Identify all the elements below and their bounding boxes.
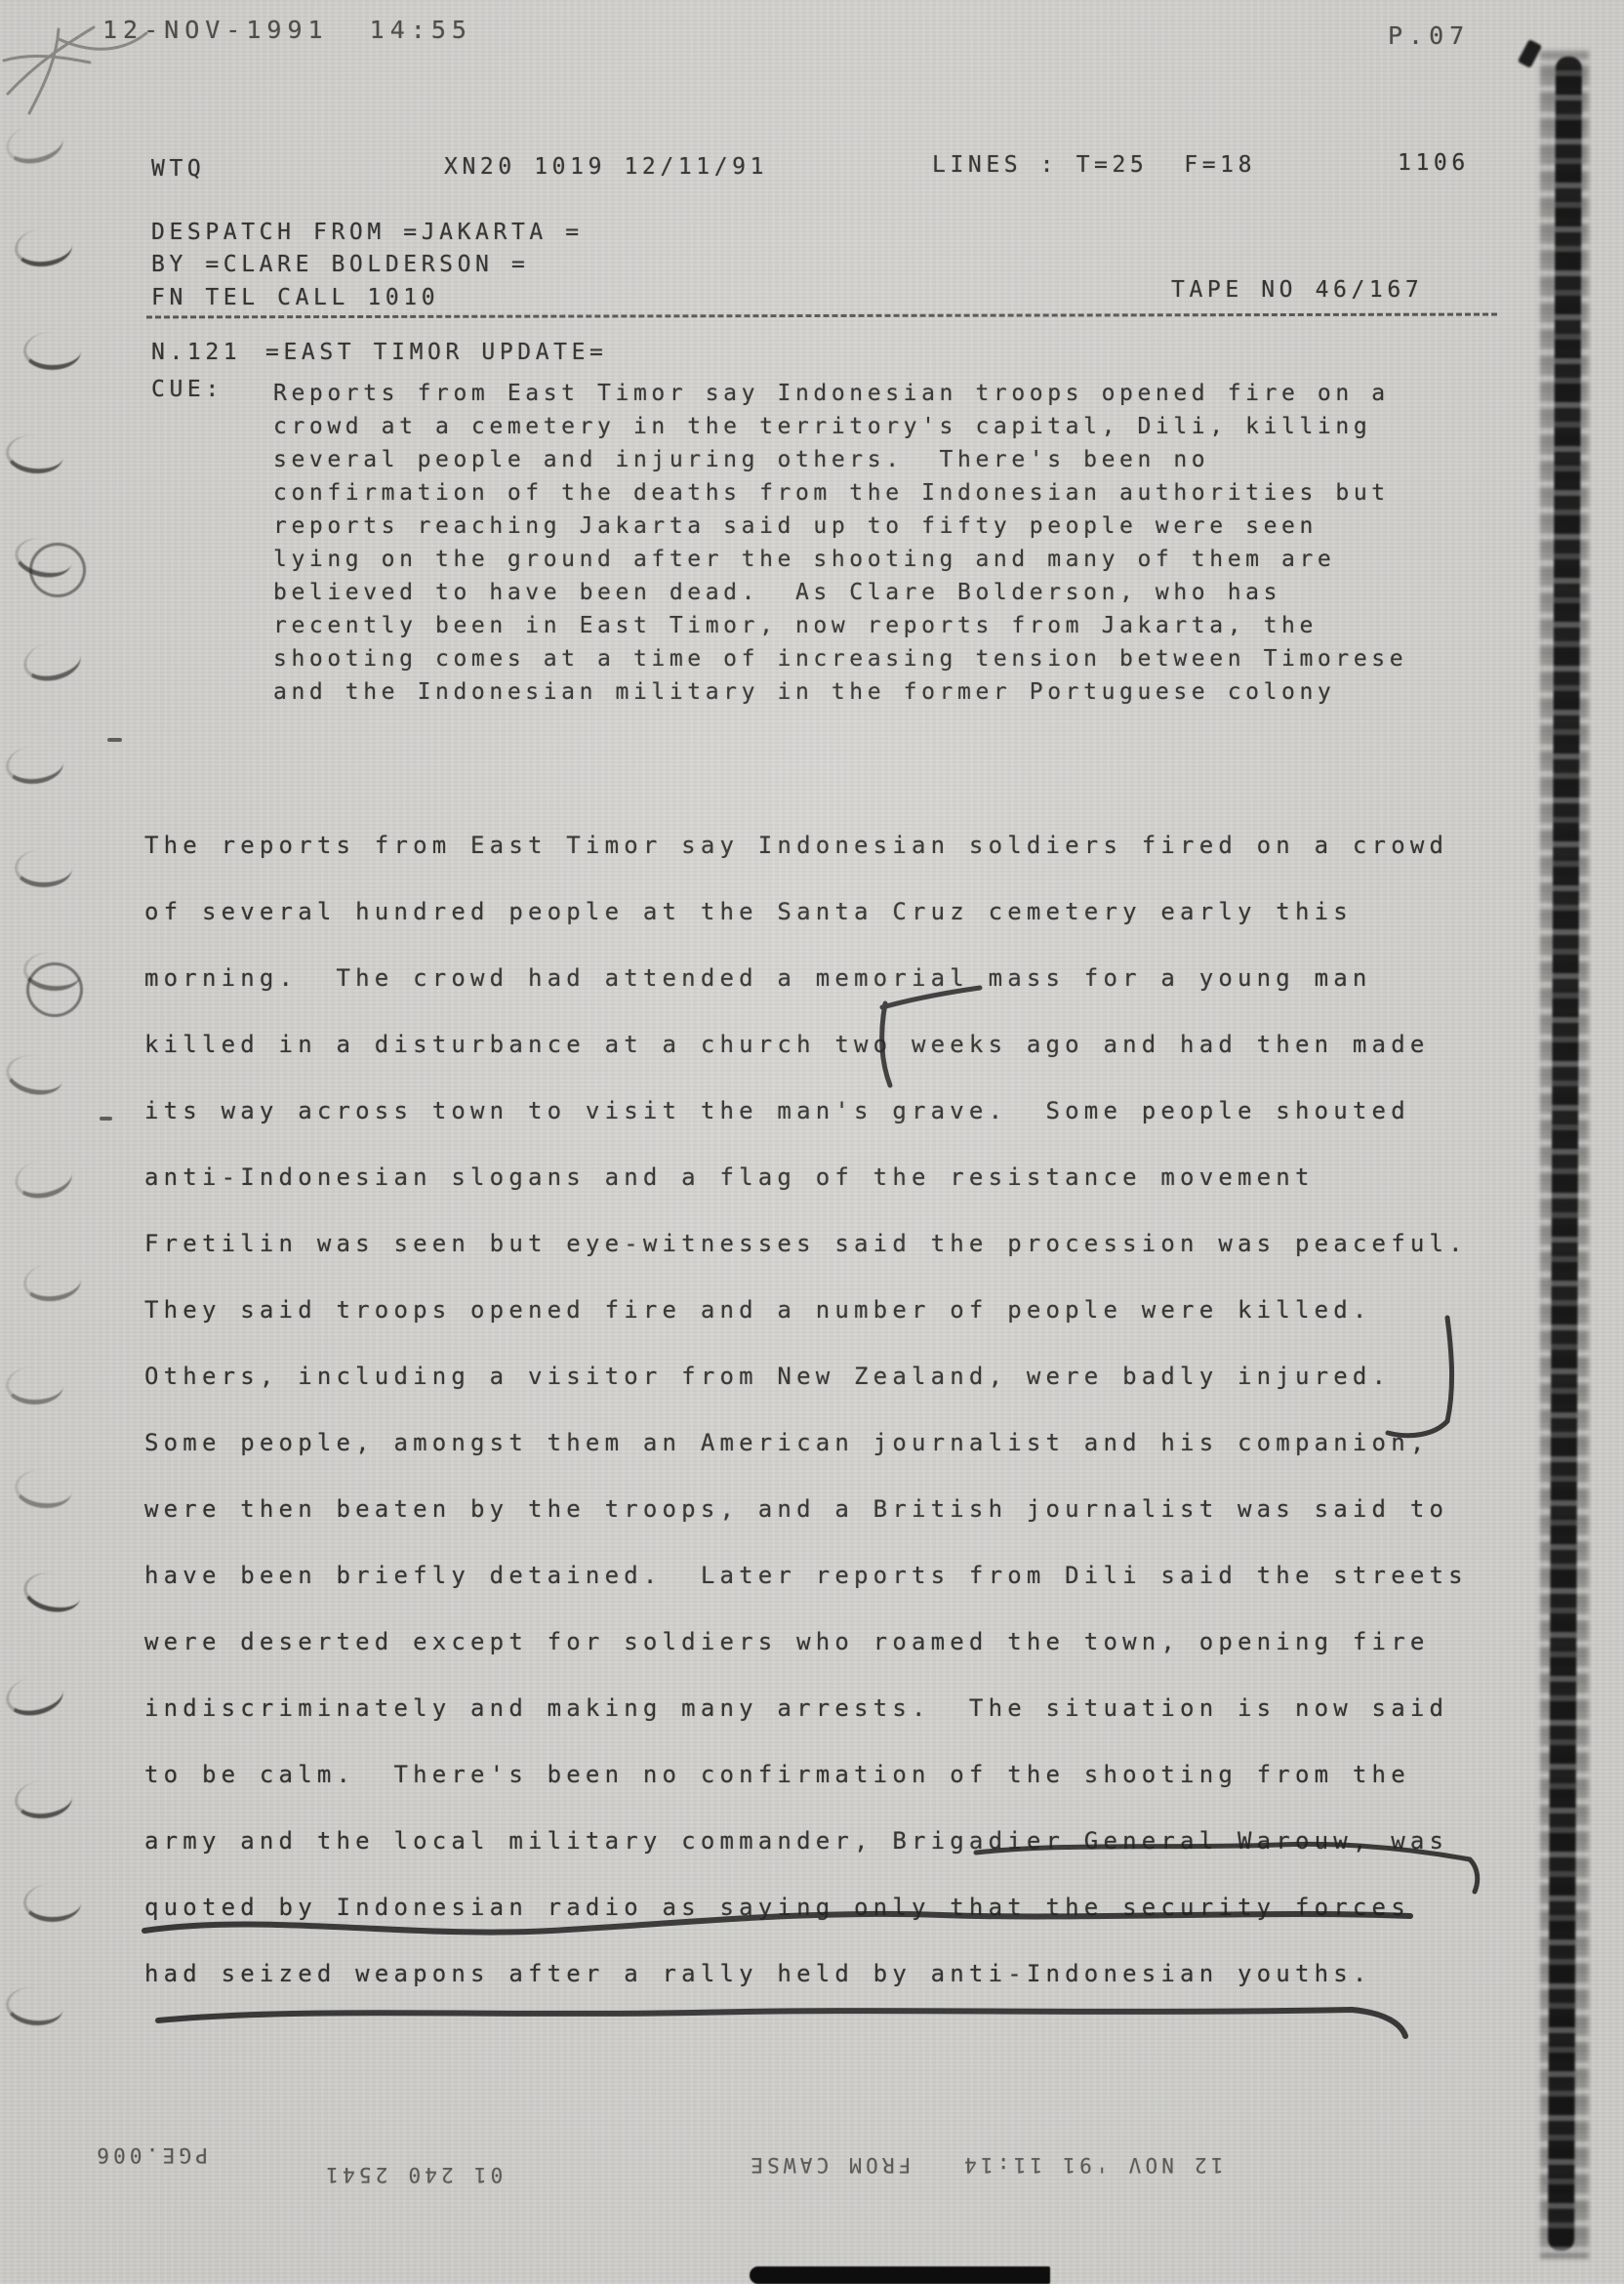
binder-ring-mark-icon: [12, 1154, 76, 1203]
body-line: quoted by Indonesian radio as saying onl…: [144, 1874, 1468, 1940]
binder-ring-mark-icon: [23, 1884, 81, 1922]
pencil-scribble-icon: [8, 27, 94, 94]
binder-ring-mark-icon: [20, 636, 85, 685]
cue-line: several people and injuring others. Ther…: [273, 443, 1407, 476]
punch-hole-ring-icon: [29, 543, 86, 597]
cue-line: recently been in East Timor, now reports…: [273, 609, 1407, 642]
binder-ring-mark-icon: [4, 1984, 65, 2028]
binder-ring-mark-icon: [13, 1777, 74, 1821]
item-number: N.121: [151, 340, 241, 365]
margin-tick-icon: [107, 738, 122, 742]
telex-sequence-number: 1106: [1398, 150, 1470, 176]
body-line: had seized weapons after a rally held by…: [144, 1940, 1468, 2007]
phone-line: FN TEL CALL 1010: [151, 285, 439, 310]
body-line: its way across town to visit the man's g…: [144, 1078, 1468, 1144]
telex-message-id: XN20 1019 12/11/91: [444, 154, 768, 180]
telex-lines-info: LINES : T=25 F=18: [932, 152, 1256, 178]
dashed-separator-rule: [146, 313, 1497, 319]
body-line: of several hundred people at the Santa C…: [144, 878, 1468, 945]
binder-ring-mark-icon: [23, 332, 81, 370]
cue-line: Reports from East Timor say Indonesian t…: [273, 377, 1407, 410]
footer-page-label: PGE.006: [93, 2143, 208, 2167]
body-line: The reports from East Timor say Indonesi…: [144, 812, 1468, 878]
binder-ring-mark-icon: [21, 1260, 83, 1304]
tape-number: TAPE NO 46/167: [1171, 277, 1423, 303]
cue-line: confirmation of the deaths from the Indo…: [273, 476, 1407, 510]
binder-ring-mark-icon: [6, 1366, 63, 1405]
scan-artifact: [1518, 39, 1542, 68]
cue-line: shooting comes at a time of increasing t…: [273, 642, 1407, 675]
binder-ring-mark-icon: [4, 743, 65, 787]
fax-page: 12-NOV-1991 14:55 P.07 WTQ XN20 1019 12/…: [0, 0, 1624, 2284]
pencil-scribble-icon: [4, 57, 90, 62]
despatch-line: DESPATCH FROM =JAKARTA =: [151, 220, 584, 245]
body-line: Fretilin was seen but eye-witnesses said…: [144, 1210, 1468, 1277]
body-line: indiscriminately and making many arrests…: [144, 1675, 1468, 1741]
report-body: The reports from East Timor say Indonesi…: [144, 812, 1468, 2007]
body-line: were then beaten by the troops, and a Br…: [144, 1476, 1468, 1542]
pencil-scribble-icon: [29, 29, 59, 113]
cue-line: lying on the ground after the shooting a…: [273, 543, 1407, 576]
footer-transmit-info: 12 NOV '91 11:14 FROM CAWSE: [747, 2153, 1223, 2177]
binder-ring-mark-icon: [3, 1050, 67, 1099]
fax-page-number: P.07: [1388, 21, 1470, 50]
body-line: anti-Indonesian slogans and a flag of th…: [144, 1144, 1468, 1210]
punch-hole-ring-icon: [26, 962, 83, 1017]
body-line: army and the local military commander, B…: [144, 1808, 1468, 1874]
binder-ring-mark-icon: [13, 225, 74, 269]
byline: BY =CLARE BOLDERSON =: [151, 252, 529, 277]
margin-tick-icon: [100, 1117, 112, 1121]
binder-ring-mark-icon: [4, 432, 65, 476]
binder-ring-mark-icon: [13, 1467, 74, 1511]
body-line: have been briefly detained. Later report…: [144, 1542, 1468, 1609]
handwritten-underline-icon: [158, 2010, 1405, 2036]
body-line: They said troops opened fire and a numbe…: [144, 1277, 1468, 1343]
telex-station: WTQ: [151, 156, 205, 182]
binder-ring-mark-icon: [20, 1568, 85, 1616]
scan-bottom-bar: [750, 2266, 1050, 2284]
body-line: Others, including a visitor from New Zea…: [144, 1343, 1468, 1409]
cue-line: reports reaching Jakarta said up to fift…: [273, 510, 1407, 543]
item-title: =EAST TIMOR UPDATE=: [265, 340, 608, 365]
fax-datetime: 12-NOV-1991 14:55: [102, 16, 472, 44]
binder-ring-mark-icon: [3, 1671, 67, 1720]
cue-line: and the Indonesian military in the forme…: [273, 675, 1407, 709]
footer-phone-number: 01 240 2541: [322, 2163, 503, 2186]
binder-ring-mark-icon: [15, 849, 72, 887]
cue-line: crowd at a cemetery in the territory's c…: [273, 410, 1407, 443]
body-line: Some people, amongst them an American jo…: [144, 1409, 1468, 1476]
cue-label: CUE:: [151, 377, 223, 402]
binder-ring-mark-icon: [3, 119, 67, 168]
body-line: morning. The crowd had attended a memori…: [144, 945, 1468, 1011]
body-line: were deserted except for soldiers who ro…: [144, 1609, 1468, 1675]
cue-text-block: Reports from East Timor say Indonesian t…: [273, 377, 1407, 709]
body-line: to be calm. There's been no confirmation…: [144, 1741, 1468, 1808]
cue-line: believed to have been dead. As Clare Bol…: [273, 576, 1407, 609]
body-line: killed in a disturbance at a church two …: [144, 1011, 1468, 1078]
